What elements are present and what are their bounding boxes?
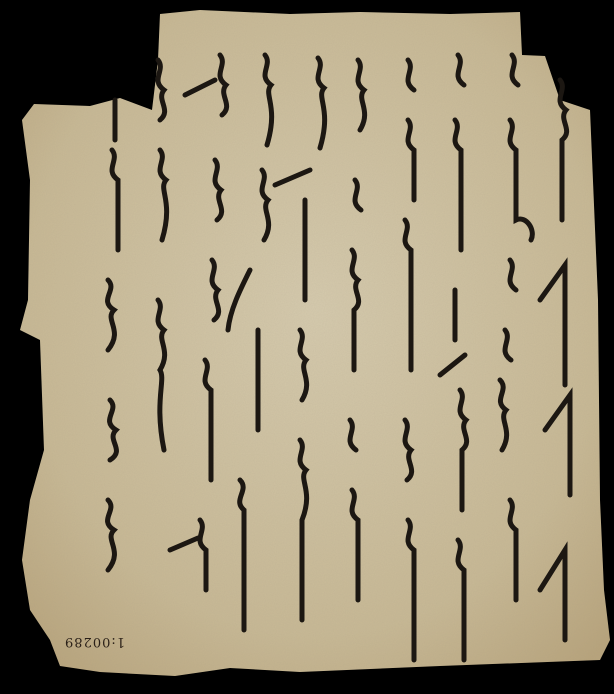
- manuscript-photo: 1:00289: [0, 0, 614, 694]
- catalogue-mark: 1:00289: [64, 634, 125, 649]
- paper-sheet: [20, 10, 610, 676]
- manuscript-fragment: [0, 0, 614, 694]
